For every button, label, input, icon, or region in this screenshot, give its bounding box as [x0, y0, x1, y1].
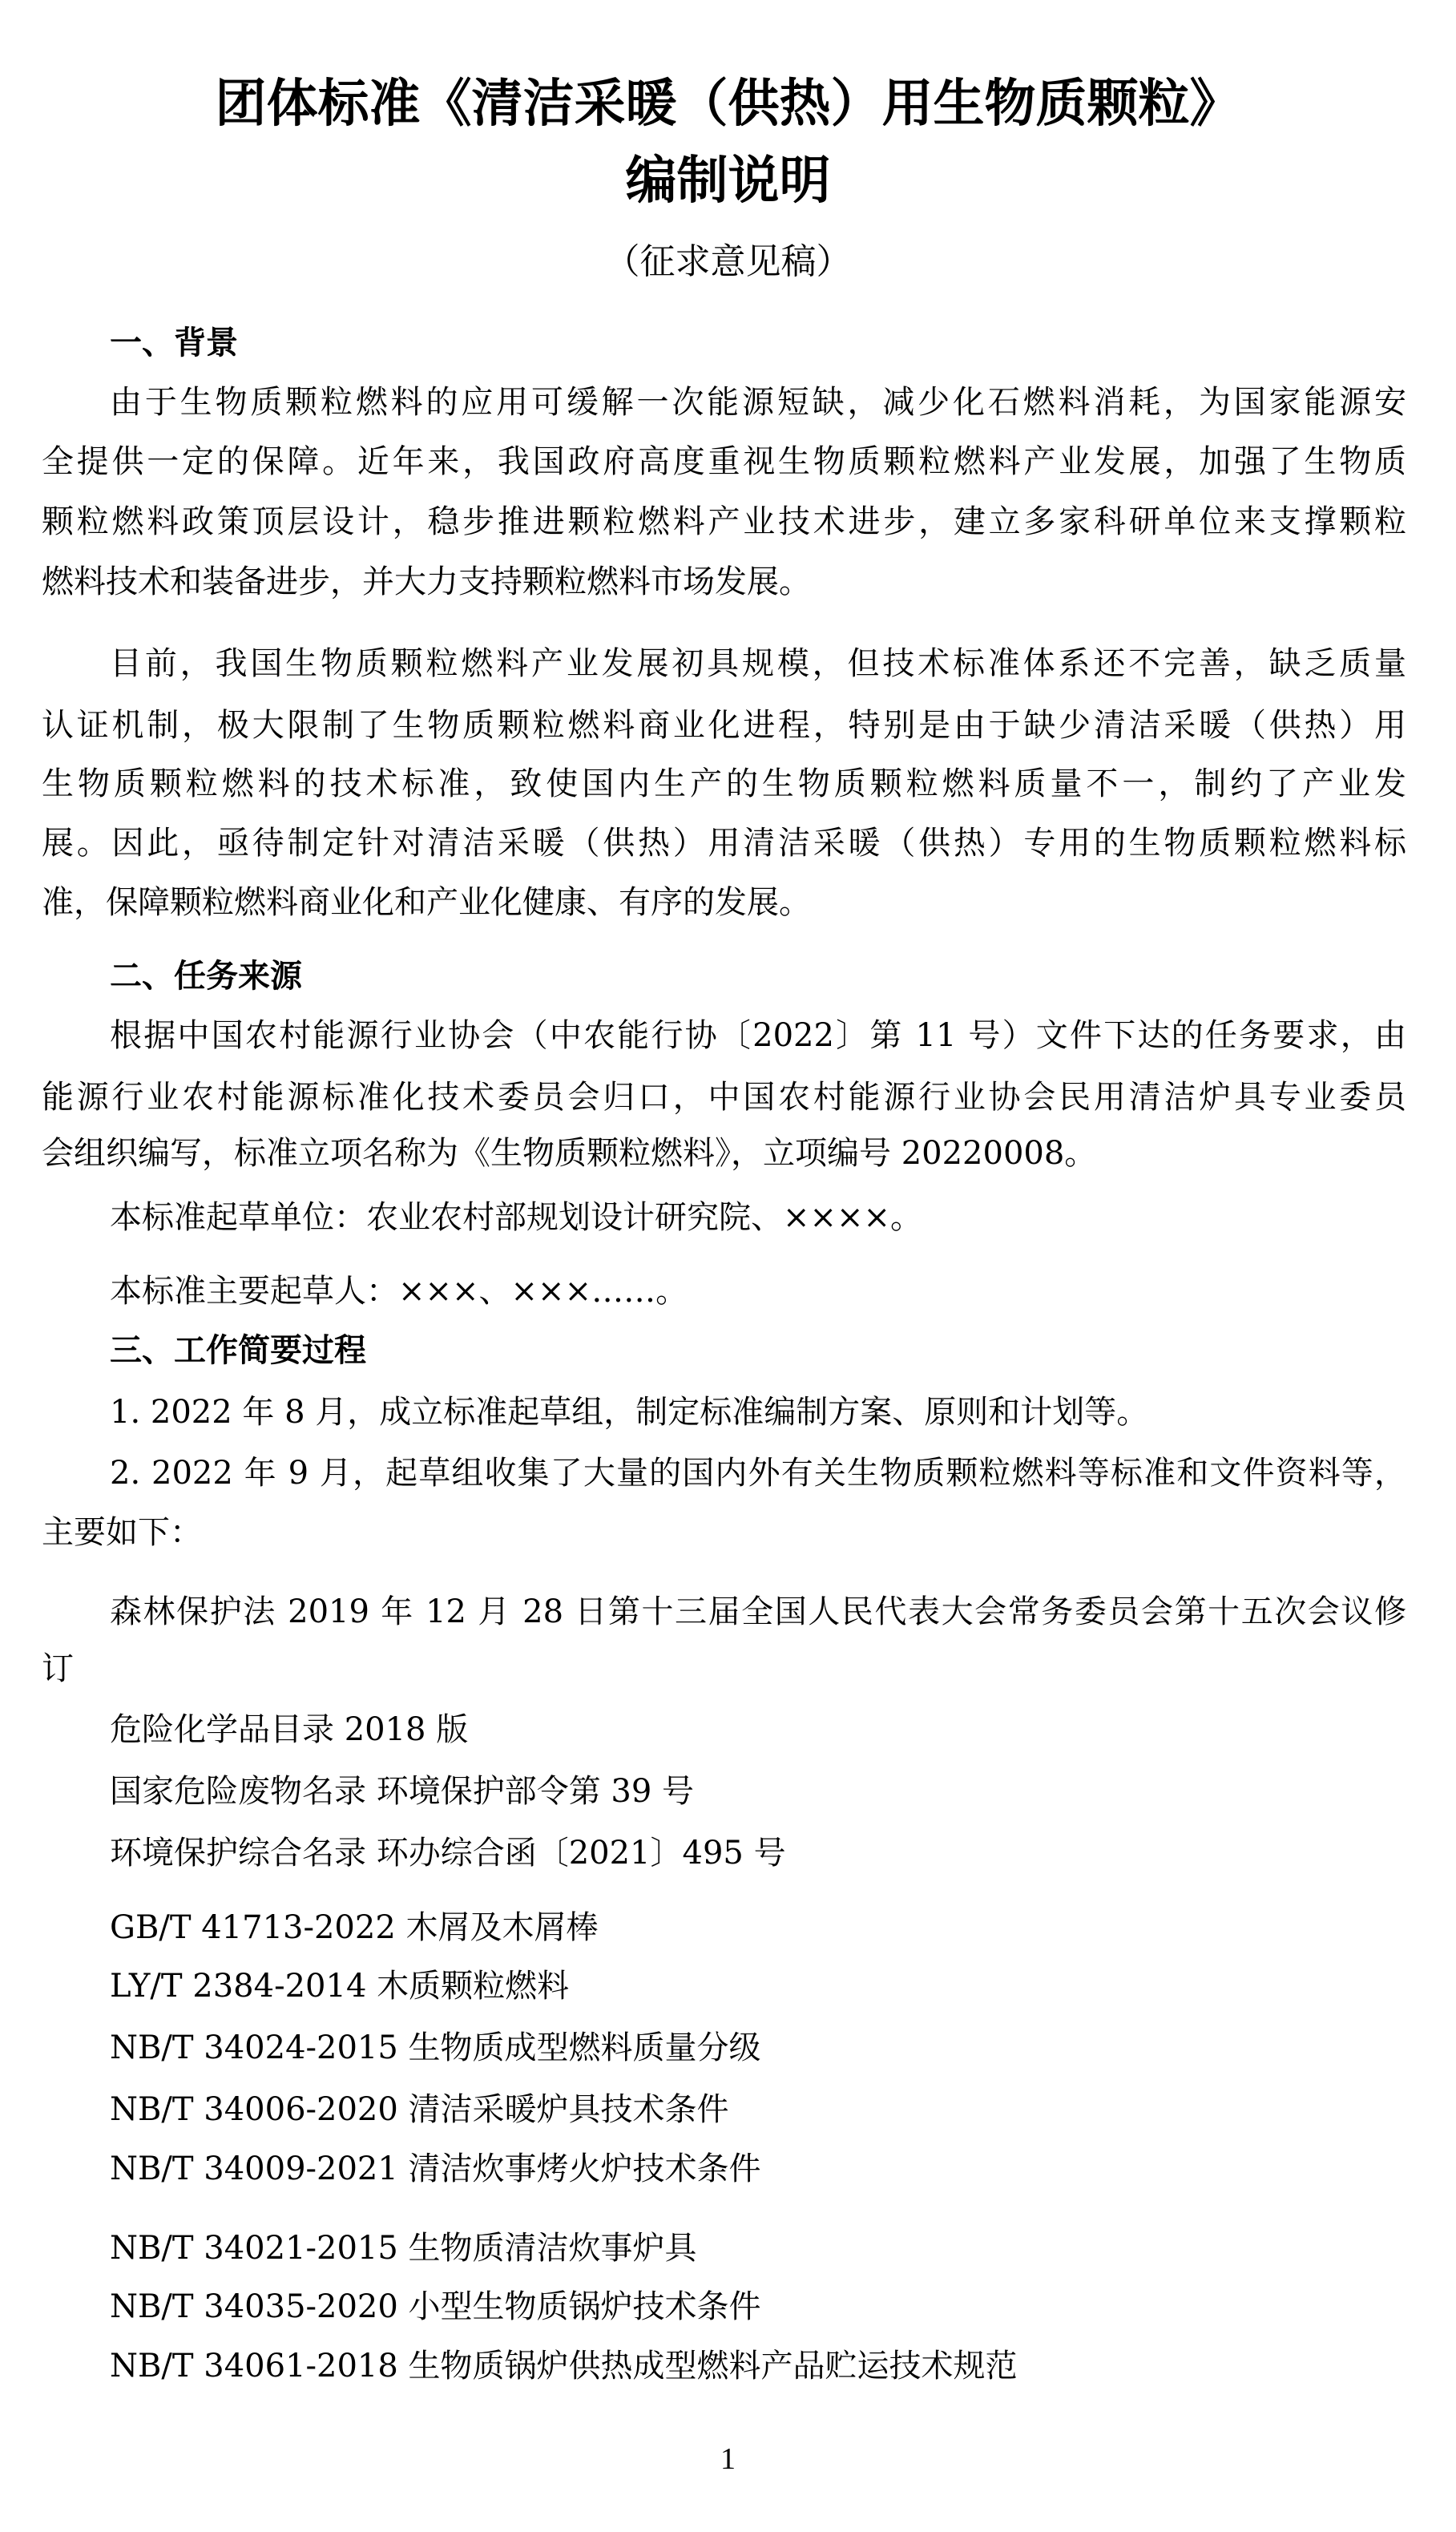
paragraph-line: 由于生物质颗粒燃料的应用可缓解一次能源短缺，减少化石燃料消耗，为国家能源安 — [110, 380, 1406, 425]
reference-item-cont: 订 — [42, 1646, 74, 1691]
paragraph-line: 目前，我国生物质颗粒燃料产业发展初具规模，但技术标准体系还不完善，缺乏质量 — [110, 641, 1406, 686]
paragraph-line: 根据中国农村能源行业协会（中农能行协〔2022〕第 11 号）文件下达的任务要求… — [110, 1013, 1406, 1058]
drafting-units: 本标准起草单位：农业农村部规划设计研究院、××××。 — [110, 1195, 922, 1240]
process-item-1: 1. 2022 年 8 月，成立标准起草组，制定标准编制方案、原则和计划等。 — [110, 1390, 1148, 1435]
reference-item: NB/T 34024-2015 生物质成型燃料质量分级 — [110, 2025, 761, 2070]
reference-item: 国家危险废物名录 环境保护部令第 39 号 — [110, 1769, 694, 1814]
paragraph-line: 准，保障颗粒燃料商业化和产业化健康、有序的发展。 — [42, 880, 811, 925]
process-item-2-cont: 主要如下： — [42, 1510, 202, 1555]
document-title: 团体标准《清洁采暖（供热）用生物质颗粒》 — [0, 74, 1456, 135]
section-heading-work-process: 三、工作简要过程 — [110, 1328, 366, 1373]
reference-item: 环境保护综合名录 环办综合函〔2021〕495 号 — [110, 1831, 786, 1876]
page-number: 1 — [0, 2440, 1456, 2478]
reference-item: LY/T 2384-2014 木质颗粒燃料 — [110, 1964, 569, 2009]
process-item-2: 2. 2022 年 9 月，起草组收集了大量的国内外有关生物质颗粒燃料等标准和文… — [110, 1451, 1406, 1496]
document-title-subline: 编制说明 — [0, 151, 1456, 212]
paragraph-line: 颗粒燃料政策顶层设计，稳步推进颗粒燃料产业技术进步，建立多家科研单位来支撑颗粒 — [42, 499, 1406, 544]
reference-item: GB/T 41713-2022 木屑及木屑棒 — [110, 1905, 599, 1950]
reference-item: 森林保护法 2019 年 12 月 28 日第十三届全国人民代表大会常务委员会第… — [110, 1589, 1406, 1634]
reference-item: NB/T 34006-2020 清洁采暖炉具技术条件 — [110, 2087, 729, 2132]
document-page: 团体标准《清洁采暖（供热）用生物质颗粒》 编制说明 （征求意见稿） 一、背景 由… — [0, 0, 1456, 2532]
main-drafters: 本标准主要起草人：×××、×××……。 — [110, 1269, 688, 1314]
paragraph-line: 会组织编写，标准立项名称为《生物质颗粒燃料》，立项编号 20220008。 — [42, 1131, 1096, 1176]
reference-item: 危险化学品目录 2018 版 — [110, 1707, 468, 1752]
reference-item: NB/T 34035-2020 小型生物质锅炉技术条件 — [110, 2284, 761, 2329]
paragraph-line: 认证机制，极大限制了生物质颗粒燃料商业化进程，特别是由于缺少清洁采暖（供热）用 — [42, 703, 1406, 748]
paragraph-line: 展。因此，亟待制定针对清洁采暖（供热）用清洁采暖（供热）专用的生物质颗粒燃料标 — [42, 821, 1406, 866]
reference-item: NB/T 34021-2015 生物质清洁炊事炉具 — [110, 2226, 697, 2271]
paragraph-line: 能源行业农村能源标准化技术委员会归口，中国农村能源行业协会民用清洁炉具专业委员 — [42, 1075, 1406, 1120]
reference-item: NB/T 34061-2018 生物质锅炉供热成型燃料产品贮运技术规范 — [110, 2344, 1018, 2389]
document-draft-status: （征求意见稿） — [0, 242, 1456, 282]
paragraph-line: 燃料技术和装备进步，并大力支持颗粒燃料市场发展。 — [42, 559, 811, 604]
reference-item: NB/T 34009-2021 清洁炊事烤火炉技术条件 — [110, 2146, 761, 2191]
section-heading-background: 一、背景 — [110, 321, 238, 365]
section-heading-task-source: 二、任务来源 — [110, 954, 302, 999]
paragraph-line: 全提供一定的保障。近年来，我国政府高度重视生物质颗粒燃料产业发展，加强了生物质 — [42, 439, 1406, 484]
paragraph-line: 生物质颗粒燃料的技术标准，致使国内生产的生物质颗粒燃料质量不一，制约了产业发 — [42, 761, 1406, 806]
